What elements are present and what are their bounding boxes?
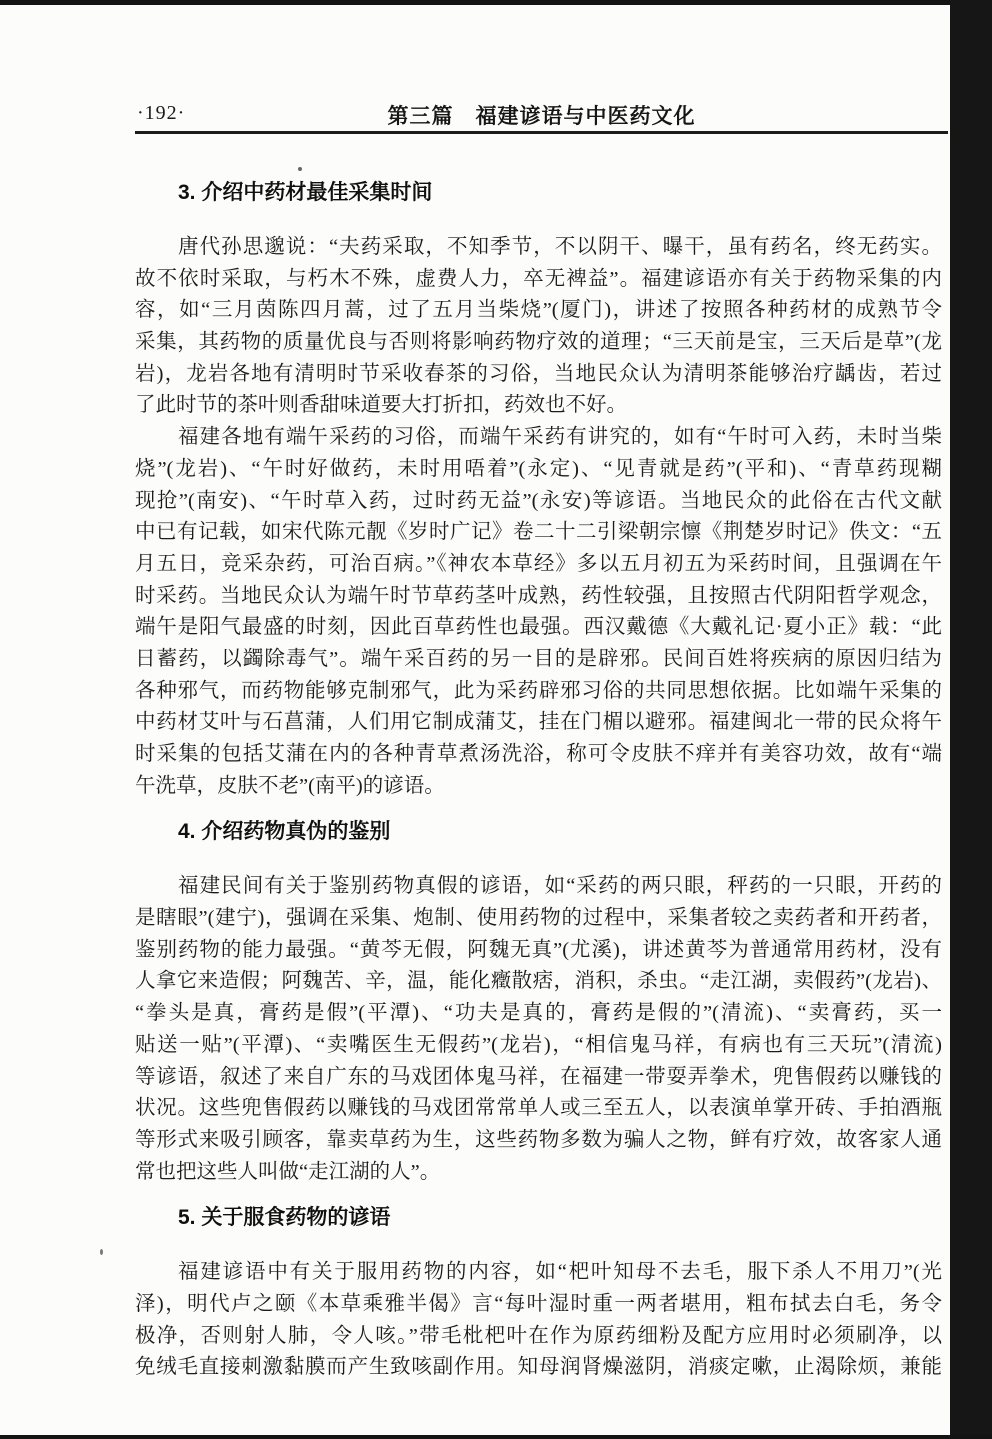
section: 3. 介绍中药材最佳采集时间 唐代孙思邈说：“夫药采取，不知季节，不以阴干、曝干…	[135, 178, 942, 802]
scan-edge-bottom	[0, 1435, 992, 1439]
text-line: 烧”(龙岩)、“午时好做药，未时用唔着”(永定)、“见青就是药”(平和)、“青草…	[135, 454, 942, 486]
text-line: 故不依时采取，与朽木不殊，虚费人力，卒无裨益”。福建谚语亦有关于药物采集的内	[135, 264, 942, 296]
text-line: 等形式来吸引顾客，靠卖草药为生，这些药物多数为骗人之物，鲜有疗效，故客家人通	[135, 1125, 942, 1157]
text-line: 岩)，龙岩各地有清明时节采收春茶的习俗，当地民众认为清明茶能够治疗龋齿，若过	[135, 359, 942, 391]
section-heading: 5. 关于服食药物的谚语	[178, 1203, 942, 1233]
text-line: 唐代孙思邈说：“夫药采取，不知季节，不以阴干、曝干，虽有药名，终无药实。	[135, 232, 942, 264]
section: 4. 介绍药物真伪的鉴别 福建民间有关于鉴别药物真假的谚语，如“采药的两只眼，秤…	[135, 817, 942, 1188]
paragraph: 福建各地有端午采药的习俗，而端午采药有讲究的，如有“午时可入药，未时当柴烧”(龙…	[135, 422, 942, 802]
section-body: 福建民间有关于鉴别药物真假的谚语，如“采药的两只眼，秤药的一只眼，开药的是瞎眼”…	[135, 871, 942, 1188]
header-rule	[135, 131, 948, 134]
text-line: 免绒毛直接刺激黏膜而产生致咳副作用。知母润肾燥滋阴，消痰定嗽，止渴除烦，兼能	[135, 1352, 942, 1384]
text-line: “拳头是真，膏药是假”(平潭)、“功夫是真的，膏药是假的”(清流)、“卖膏药，买…	[135, 998, 942, 1030]
text-line: 中已有记载，如宋代陈元靓《岁时广记》卷二十二引梁朝宗懔《荆楚岁时记》佚文：“五	[135, 517, 942, 549]
text-line: 中药材艾叶与石菖蒲，人们用它制成蒲艾，挂在门楣以避邪。福建闽北一带的民众将午	[135, 707, 942, 739]
content: 3. 介绍中药材最佳采集时间 唐代孙思邈说：“夫药采取，不知季节，不以阴干、曝干…	[135, 178, 942, 1384]
section-heading: 3. 介绍中药材最佳采集时间	[178, 178, 942, 208]
text-line: 是瞎眼”(建宁)，强调在采集、炮制、使用药物的过程中，采集者较之卖药者和开药者，	[135, 903, 942, 935]
text-line: 福建各地有端午采药的习俗，而端午采药有讲究的，如有“午时可入药，未时当柴	[135, 422, 942, 454]
running-header-title: 第三篇 福建谚语与中医药文化	[135, 100, 948, 130]
text-line: 鉴别药物的能力最强。“黄芩无假，阿魏无真”(尤溪)，讲述黄芩为普通常用药材，没有	[135, 935, 942, 967]
book-page: ·192· 第三篇 福建谚语与中医药文化 3. 介绍中药材最佳采集时间 唐代孙思…	[0, 0, 992, 1439]
text-line: 常也把这些人叫做“走江湖的人”。	[135, 1157, 942, 1189]
text-line: 极净，否则射人肺，令人咳。”带毛枇杷叶在作为原药细粉及配方应用时必须刷净，以	[135, 1321, 942, 1353]
text-line: 各种邪气，而药物能够克制邪气，此为采药辟邪习俗的共同思想依据。比如端午采集的	[135, 676, 942, 708]
section-body: 唐代孙思邈说：“夫药采取，不知季节，不以阴干、曝干，虽有药名，终无药实。故不依时…	[135, 232, 942, 802]
text-line: 等谚语，叙述了来自广东的马戏团体鬼马祥，在福建一带耍弄拳术，兜售假药以赚钱的	[135, 1062, 942, 1094]
text-line: 了此时节的茶叶则香甜味道要大打折扣，药效也不好。	[135, 390, 942, 422]
text-line: 人拿它来造假；阿魏苦、辛，温，能化癥散痞，消积，杀虫。“走江湖，卖假药”(龙岩)…	[135, 966, 942, 998]
text-line: 午洗草，皮肤不老”(南平)的谚语。	[135, 771, 942, 803]
scan-speck	[100, 1249, 103, 1255]
text-line: 采集，其药物的质量优良与否则将影响药物疗效的道理；“三天前是宝，三天后是草”(龙	[135, 327, 942, 359]
text-line: 状况。这些兜售假药以赚钱的马戏团常常单人或三至五人，以表演单掌开砖、手拍酒瓶	[135, 1093, 942, 1125]
scan-edge-top	[0, 0, 992, 5]
text-line: 福建民间有关于鉴别药物真假的谚语，如“采药的两只眼，秤药的一只眼，开药的	[135, 871, 942, 903]
section-body: 福建谚语中有关于服用药物的内容，如“杷叶知母不去毛，服下杀人不用刀”(光泽)，明…	[135, 1257, 942, 1384]
scan-edge-right	[950, 0, 992, 1439]
text-line: 时采集的包括艾蒲在内的各种青草煮汤洗浴，称可令皮肤不痒并有美容功效，故有“端	[135, 739, 942, 771]
text-line: 福建谚语中有关于服用药物的内容，如“杷叶知母不去毛，服下杀人不用刀”(光	[135, 1257, 942, 1289]
text-line: 现抢”(南安)、“午时草入药，过时药无益”(永安)等谚语。当地民众的此俗在古代文…	[135, 486, 942, 518]
paragraph: 福建谚语中有关于服用药物的内容，如“杷叶知母不去毛，服下杀人不用刀”(光泽)，明…	[135, 1257, 942, 1384]
text-line: 端午是阳气最盛的时刻，因此百草药性也最强。西汉戴德《大戴礼记·夏小正》载：“此	[135, 612, 942, 644]
text-line: 日蓄药，以蠲除毒气”。端午采百药的另一目的是辟邪。民间百姓将疾病的原因归结为	[135, 644, 942, 676]
text-line: 时采药。当地民众认为端午时节草药茎叶成熟，药性较强，且按照古代阴阳哲学观念，	[135, 581, 942, 613]
section-heading: 4. 介绍药物真伪的鉴别	[178, 817, 942, 847]
text-line: 贴送一贴”(平潭)、“卖嘴医生无假药”(龙岩)，“相信鬼马祥，有病也有三天玩”(…	[135, 1030, 942, 1062]
paragraph: 唐代孙思邈说：“夫药采取，不知季节，不以阴干、曝干，虽有药名，终无药实。故不依时…	[135, 232, 942, 422]
scan-speck	[298, 167, 302, 171]
section: 5. 关于服食药物的谚语 福建谚语中有关于服用药物的内容，如“杷叶知母不去毛，服…	[135, 1203, 942, 1384]
text-line: 月五日，竞采杂药，可治百病。”《神农本草经》多以五月初五为采药时间，且强调在午	[135, 549, 942, 581]
text-line: 容，如“三月茵陈四月蒿，过了五月当柴烧”(厦门)，讲述了按照各种药材的成熟节令	[135, 295, 942, 327]
text-line: 泽)，明代卢之颐《本草乘雅半偈》言“每叶湿时重一两者堪用，粗布拭去白毛，务令	[135, 1289, 942, 1321]
paragraph: 福建民间有关于鉴别药物真假的谚语，如“采药的两只眼，秤药的一只眼，开药的是瞎眼”…	[135, 871, 942, 1188]
